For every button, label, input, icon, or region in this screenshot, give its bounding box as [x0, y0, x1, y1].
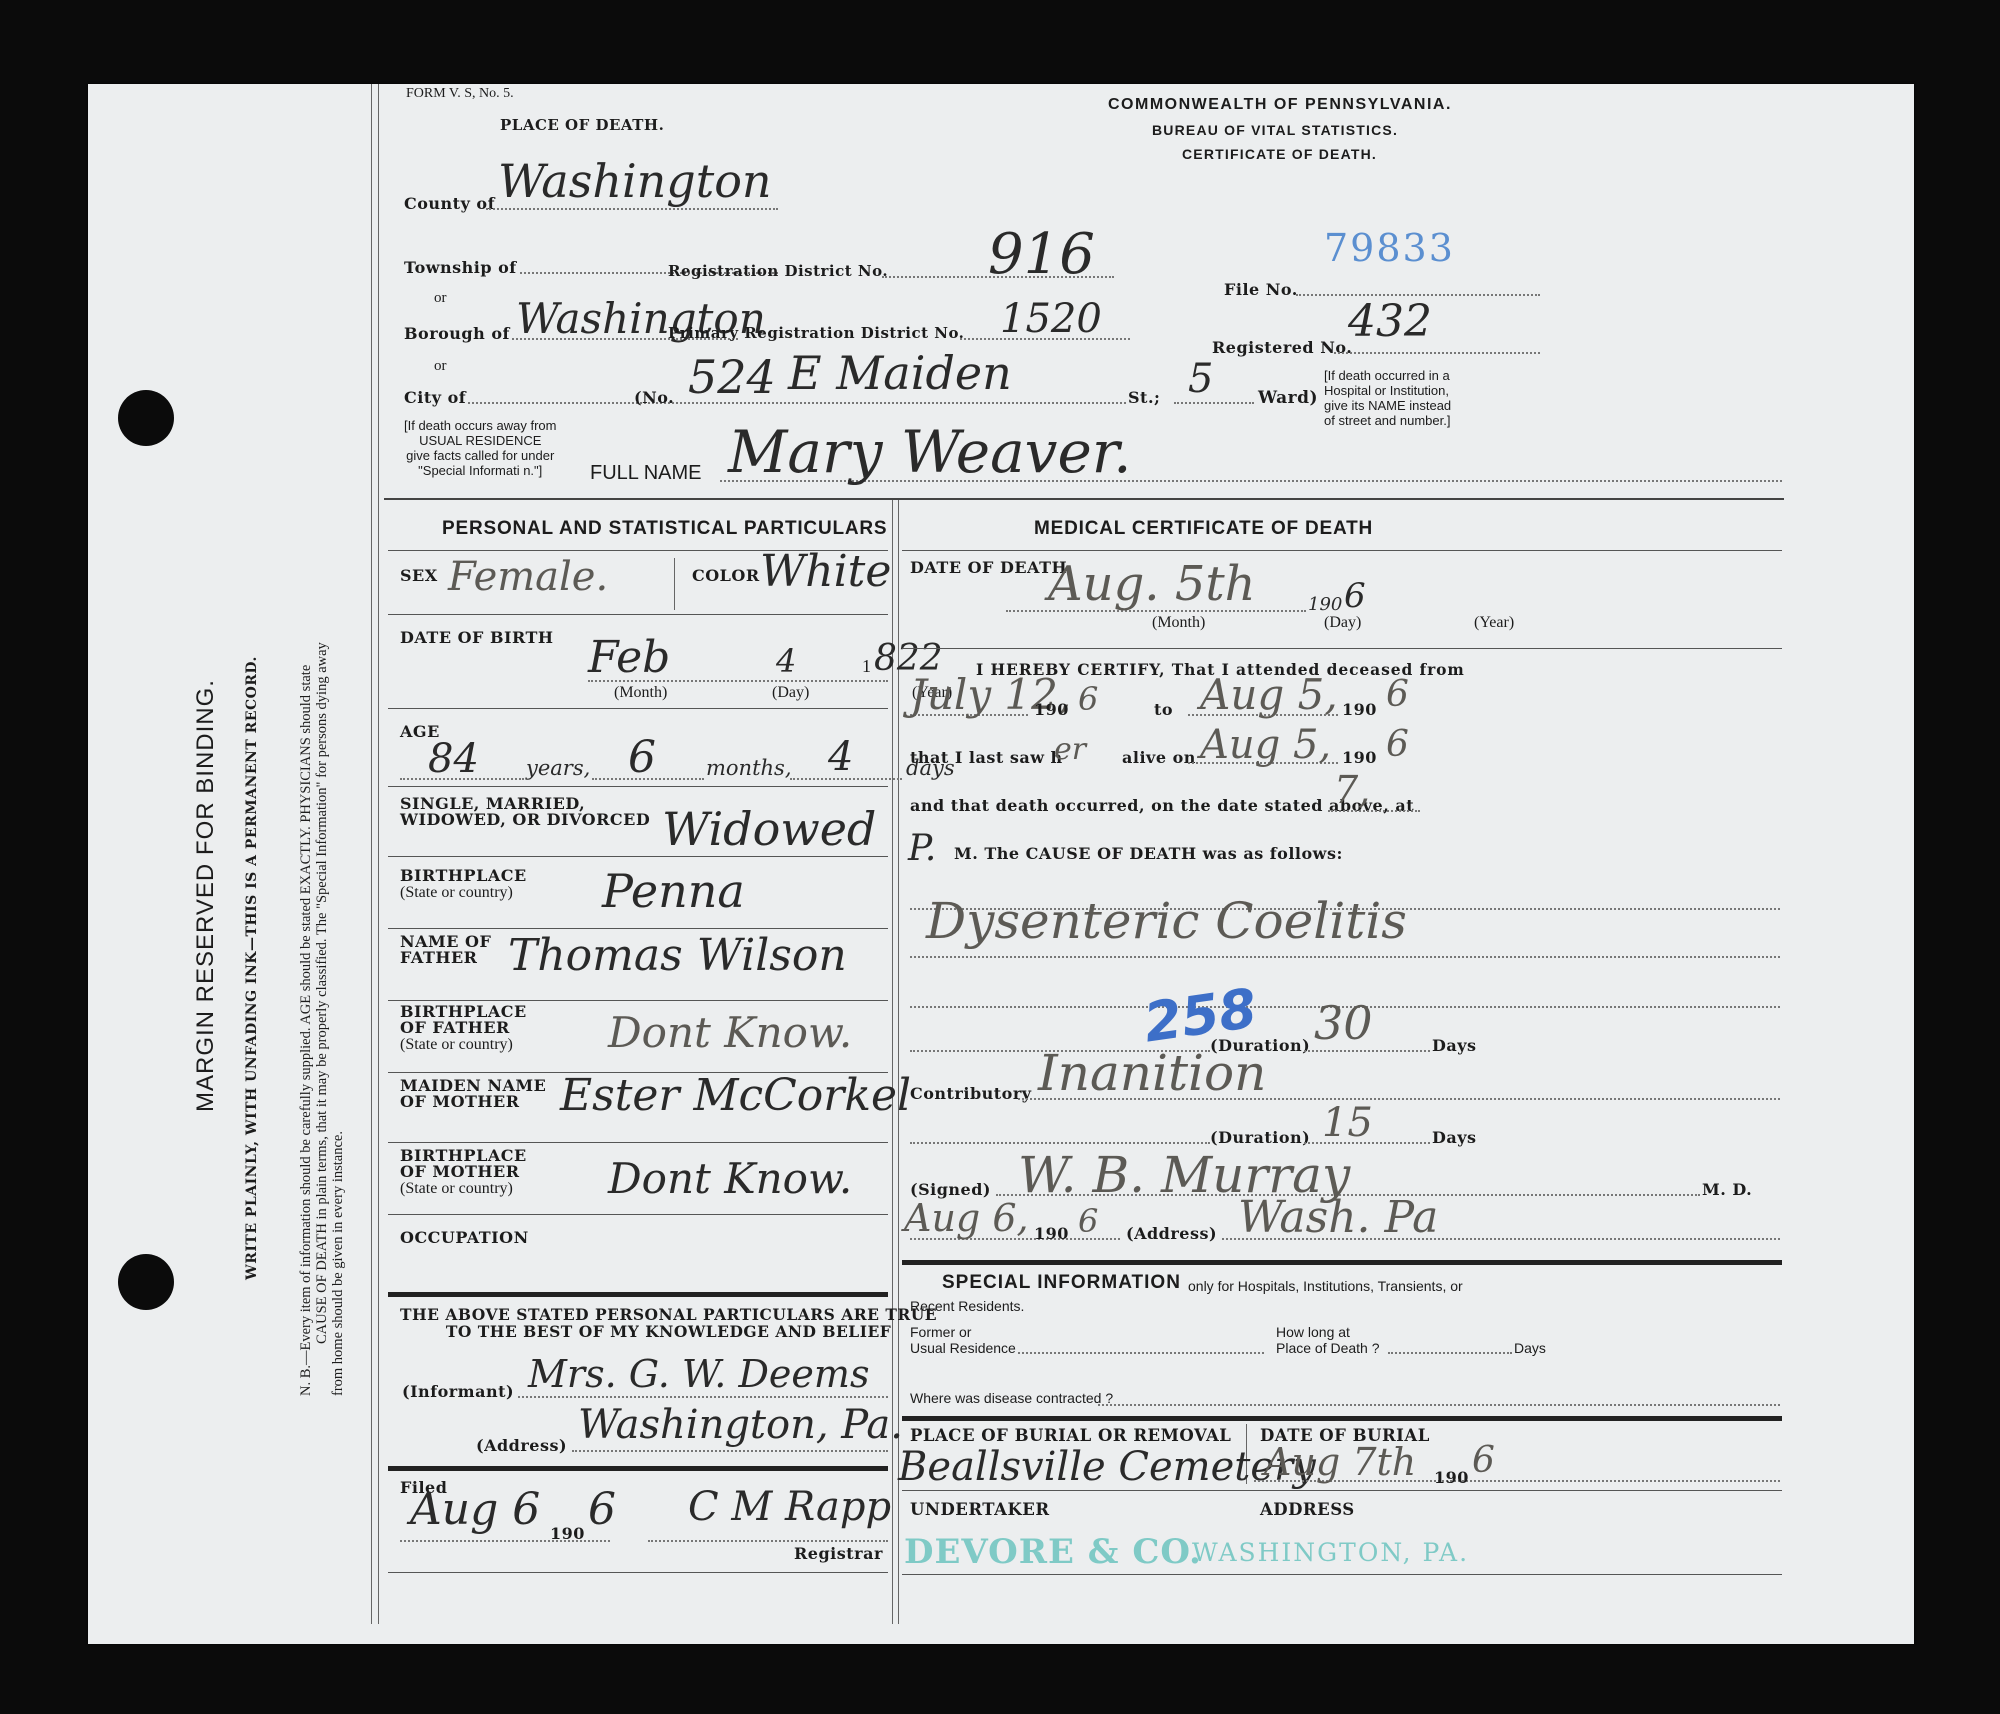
alive-on-value: Aug 5, [1200, 722, 1331, 768]
county-label: County of [404, 194, 495, 213]
street-number-value: 524 [688, 350, 776, 404]
header-bureau: BUREAU OF VITAL STATISTICS. [1152, 122, 1398, 138]
attended-to-year-prefix: 190 [1342, 700, 1377, 719]
full-name-value: Mary Weaver. [728, 418, 1132, 486]
informant-address-label: (Address) [476, 1436, 567, 1455]
punch-hole-bottom [118, 1254, 174, 1310]
informant-address-value: Washington, Pa. [578, 1402, 903, 1448]
dod-month-caption: (Month) [1152, 614, 1205, 632]
undertaker-address-stamp: WASHINGTON, PA. [1192, 1538, 1469, 1567]
marital-status-label: SINGLE, MARRIED, WIDOWED, OR DIVORCED [400, 796, 650, 828]
margin-rule [371, 84, 372, 1624]
date-of-death-label: DATE OF DEATH [910, 558, 1067, 577]
dod-day-caption: (Day) [1324, 614, 1361, 632]
mother-birthplace-label: BIRTHPLACE OF MOTHER [400, 1148, 527, 1180]
punch-hole-top [118, 390, 174, 446]
color-label: COLOR [692, 566, 760, 585]
street-number-label: (No. [634, 388, 674, 407]
dob-day-caption: (Day) [772, 684, 809, 702]
burial-place-label: PLACE OF BURIAL OR REMOVAL [910, 1426, 1231, 1445]
burial-year-prefix: 190 [1434, 1468, 1469, 1487]
age-months-value: 6 [628, 732, 656, 783]
nb-note-line1: N. B.—Every item of information should b… [298, 665, 315, 1396]
contributory-label: Contributory [910, 1084, 1032, 1103]
street-label: St.; [1128, 388, 1160, 407]
registered-number-label: Registered No. [1212, 338, 1352, 357]
or-label-2: or [434, 358, 447, 375]
ink-note: WRITE PLAINLY, WITH UNFADING INK—THIS IS… [244, 656, 260, 1280]
death-certificate-page: MARGIN RESERVED FOR BINDING. WRITE PLAIN… [88, 84, 1914, 1644]
birthplace-label: BIRTHPLACE [400, 866, 527, 885]
disease-contracted-label: Where was disease contracted ? [910, 1390, 1113, 1406]
father-name-value: Thomas Wilson [508, 930, 847, 981]
margin-rule-inner [378, 84, 379, 1624]
undertaker-label: UNDERTAKER [910, 1500, 1050, 1519]
attended-to-word: to [1154, 700, 1173, 719]
contributory-duration-label: (Duration) [1210, 1128, 1310, 1147]
borough-label: Borough of [404, 324, 510, 343]
street-name-value: E Maiden [788, 346, 1012, 400]
full-name-label: FULL NAME [590, 462, 702, 485]
dod-year-prefix: 190 [1308, 594, 1342, 615]
age-years-value: 84 [428, 736, 479, 782]
burial-year-value: 6 [1472, 1440, 1495, 1481]
physician-address-value: Wash. Pa [1238, 1192, 1438, 1243]
mother-name-value: Ester McCorkel [560, 1070, 911, 1121]
date-of-birth-label: DATE OF BIRTH [400, 628, 554, 647]
primary-district-label: Primary Registration District No. [668, 324, 964, 342]
burial-date-value: Aug 7th [1264, 1440, 1416, 1484]
duration-days-label: Days [1432, 1036, 1477, 1055]
father-birthplace-hint: (State or country) [400, 1036, 513, 1054]
attended-to-value: Aug 5, [1200, 670, 1338, 719]
file-number-value: 79833 [1324, 226, 1455, 270]
header-certificate: CERTIFICATE OF DEATH. [1182, 146, 1377, 162]
or-label-1: or [434, 290, 447, 307]
father-name-label: NAME OF FATHER [400, 934, 491, 966]
signed-year-prefix: 190 [1034, 1224, 1069, 1243]
registered-number-value: 432 [1348, 296, 1432, 347]
birthplace-value: Penna [602, 864, 745, 918]
attended-from-year-prefix: 190 [1034, 700, 1069, 719]
mother-name-label: MAIDEN NAME OF MOTHER [400, 1078, 546, 1110]
last-saw-label: that I last saw h [910, 748, 1063, 767]
ward-label: Ward) [1258, 388, 1318, 408]
age-months-word: months, [706, 756, 792, 780]
file-number-label: File No. [1224, 280, 1298, 299]
filed-year-value: 6 [588, 1484, 616, 1535]
alive-on-label: alive on [1122, 748, 1196, 767]
mother-birthplace-hint: (State or country) [400, 1180, 513, 1198]
registrar-signature: C M Rapp [688, 1484, 891, 1530]
city-label: City of [404, 388, 466, 407]
birthplace-hint: (State or country) [400, 884, 513, 902]
meridiem-value: P. [908, 828, 936, 869]
alive-on-year: 6 [1386, 724, 1409, 765]
personal-section-heading: PERSONAL AND STATISTICAL PARTICULARS [442, 518, 887, 540]
occupation-label: OCCUPATION [400, 1228, 529, 1247]
contributory-days-label: Days [1432, 1128, 1477, 1147]
filed-date-value: Aug 6 [410, 1484, 540, 1535]
age-days-value: 4 [828, 734, 853, 780]
attended-from-year: 6 [1078, 680, 1098, 718]
color-value: White [760, 546, 891, 597]
age-years-word: years, [526, 756, 590, 780]
filed-year-prefix: 190 [550, 1524, 585, 1543]
registration-district-value: 916 [988, 222, 1095, 287]
registration-district-label: Registration District No. [668, 262, 888, 280]
attended-to-year: 6 [1386, 674, 1409, 715]
undertaker-stamp: DEVORE & CO. [904, 1532, 1202, 1572]
duration-value: 30 [1314, 996, 1373, 1050]
dod-year-caption: (Year) [1474, 614, 1514, 632]
township-label: Township of [404, 258, 517, 277]
signed-date-value: Aug 6, [904, 1196, 1029, 1240]
dob-day-value: 4 [776, 642, 796, 680]
father-birthplace-value: Dont Know. [608, 1008, 852, 1057]
county-value: Washington [498, 154, 772, 208]
contributory-value: Inanition [1038, 1044, 1266, 1102]
informant-value: Mrs. G. W. Deems [528, 1352, 869, 1396]
date-of-death-value: Aug. 5th [1048, 556, 1256, 612]
time-of-death-value: 7, [1334, 768, 1370, 812]
contributory-duration-value: 15 [1322, 1100, 1373, 1146]
sex-value: Female. [448, 554, 608, 600]
dod-year-value: 6 [1344, 576, 1366, 616]
registrar-label: Registrar [794, 1544, 883, 1563]
physician-address-label: (Address) [1126, 1224, 1217, 1243]
marital-status-value: Widowed [662, 802, 876, 856]
dob-year-prefix: 1 [862, 656, 871, 677]
how-long-days-label: Days [1514, 1340, 1546, 1356]
cause-of-death-text: M. The CAUSE OF DEATH was as follows: [954, 844, 1343, 863]
father-birthplace-label: BIRTHPLACE OF FATHER [400, 1004, 527, 1036]
informant-statement: THE ABOVE STATED PERSONAL PARTICULARS AR… [400, 1306, 937, 1340]
special-info-subheading: only for Hospitals, Institutions, Transi… [910, 1276, 1463, 1316]
nb-note-line2: CAUSE OF DEATH in plain terms, that it m… [314, 642, 331, 1344]
away-from-residence-note: [If death occurs away from USUAL RESIDEN… [404, 418, 556, 478]
ward-value: 5 [1188, 356, 1213, 402]
undertaker-address-label: ADDRESS [1260, 1500, 1355, 1519]
sex-label: SEX [400, 566, 438, 585]
signed-year-value: 6 [1078, 1202, 1098, 1240]
md-label: M. D. [1702, 1180, 1752, 1199]
form-number: FORM V. S, No. 5. [406, 86, 514, 102]
alive-on-year-prefix: 190 [1342, 748, 1377, 767]
primary-district-value: 1520 [1000, 296, 1102, 342]
hospital-note: [If death occurred in a Hospital or Inst… [1324, 368, 1451, 428]
last-saw-pronoun: er [1054, 732, 1086, 767]
mother-birthplace-value: Dont Know. [608, 1154, 852, 1203]
dob-month-value: Feb [588, 632, 670, 683]
dob-month-caption: (Month) [614, 684, 667, 702]
former-residence-label: Former or Usual Residence [910, 1324, 1016, 1356]
nb-note-line3: from home should be given in every insta… [330, 1131, 347, 1396]
header-commonwealth: COMMONWEALTH OF PENNSYLVANIA. [1108, 96, 1452, 114]
burial-place-value: Beallsville Cemetery [898, 1444, 1316, 1490]
medical-section-heading: MEDICAL CERTIFICATE OF DEATH [1034, 518, 1373, 540]
informant-label: (Informant) [402, 1382, 514, 1401]
binding-margin-note: MARGIN RESERVED FOR BINDING. [192, 679, 220, 1112]
place-of-death-heading: PLACE OF DEATH. [500, 116, 664, 134]
cause-of-death-value: Dysenteric Coelitis [926, 892, 1407, 950]
how-long-label: How long at Place of Death ? [1276, 1324, 1380, 1356]
